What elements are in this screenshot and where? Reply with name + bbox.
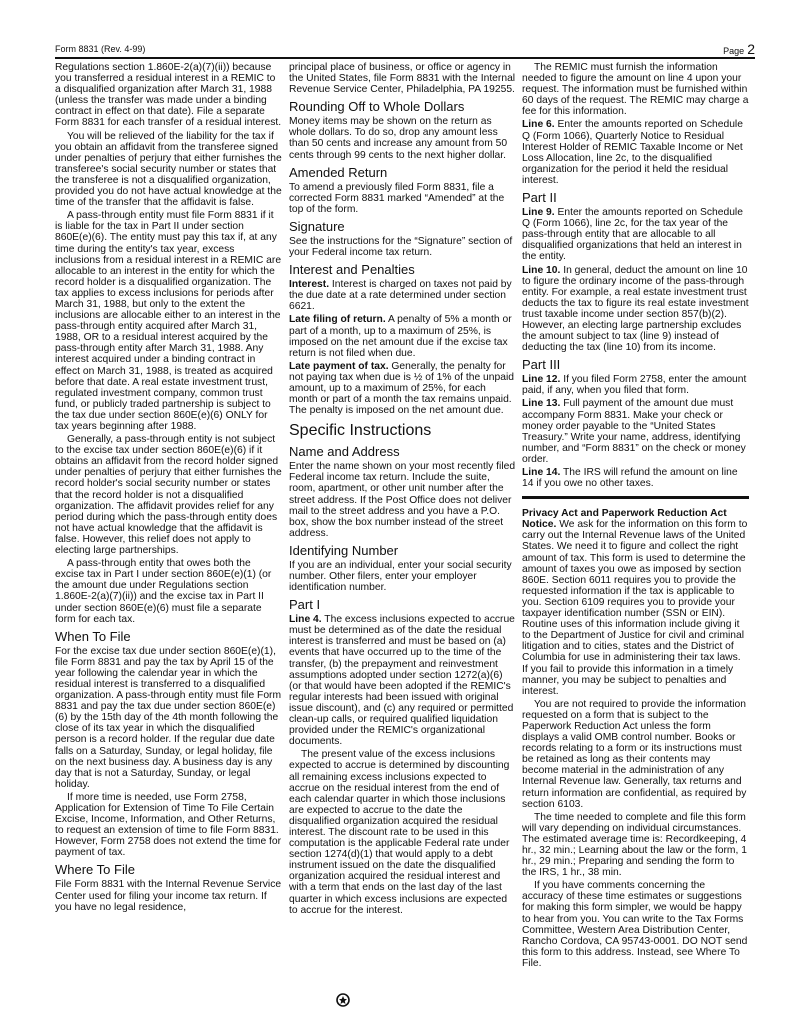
paragraph: Line 4. The excess inclusions expected t…	[289, 614, 516, 747]
paragraph: Late filing of return. A penalty of 5% a…	[289, 314, 516, 358]
paragraph: The time needed to complete and file thi…	[522, 812, 749, 879]
paragraph: Regulations section 1.860E-2(a)(7)(ii)) …	[55, 62, 282, 129]
section-heading-specific-instructions: Specific Instructions	[289, 422, 516, 440]
header-rule	[55, 57, 755, 59]
paragraph: See the instructions for the “Signature”…	[289, 236, 516, 258]
paragraph: For the excise tax due under section 860…	[55, 646, 282, 790]
section-heading-part-1: Part I	[289, 597, 516, 612]
section-heading-name-address: Name and Address	[289, 444, 516, 459]
recycle-icon	[336, 993, 350, 1007]
paragraph: A pass-through entity that owes both the…	[55, 558, 282, 625]
paragraph: If you are an individual, enter your soc…	[289, 560, 516, 593]
section-heading-part-3: Part III	[522, 357, 749, 372]
column-right: The REMIC must furnish the information n…	[522, 62, 749, 971]
paragraph: Line 10. In general, deduct the amount o…	[522, 265, 749, 354]
section-heading-where-to-file: Where To File	[55, 862, 282, 877]
run-in-heading: Line 14.	[522, 467, 560, 478]
paragraph-text: In general, deduct the amount on line 10…	[522, 265, 749, 354]
run-in-heading: Line 6.	[522, 119, 555, 130]
paragraph: File Form 8831 with the Internal Revenue…	[55, 879, 282, 912]
paragraph: Privacy Act and Paperwork Reduction Act …	[522, 508, 749, 697]
paragraph-text: Enter the amounts reported on Schedule Q…	[522, 207, 743, 262]
paragraph: Generally, a pass-through entity is not …	[55, 434, 282, 556]
run-in-heading: Line 12.	[522, 374, 560, 385]
section-heading-signature: Signature	[289, 219, 516, 234]
paragraph: The present value of the excess inclusio…	[289, 749, 516, 915]
section-heading-identifying-number: Identifying Number	[289, 543, 516, 558]
paragraph: A pass-through entity must file Form 883…	[55, 210, 282, 432]
paragraph: Line 14. The IRS will refund the amount …	[522, 467, 749, 489]
section-heading-amended-return: Amended Return	[289, 165, 516, 180]
paragraph-text: We ask for the information on this form …	[522, 519, 747, 696]
section-heading-rounding: Rounding Off to Whole Dollars	[289, 99, 516, 114]
paragraph: To amend a previously filed Form 8831, f…	[289, 182, 516, 215]
paragraph: You are not required to provide the info…	[522, 699, 749, 810]
run-in-heading: Line 13.	[522, 398, 560, 409]
run-in-heading: Late filing of return.	[289, 314, 386, 325]
section-divider	[522, 496, 749, 499]
page-indicator: Page2	[723, 41, 755, 57]
section-heading-part-2: Part II	[522, 190, 749, 205]
run-in-heading: Line 4.	[289, 614, 322, 625]
section-heading-when-to-file: When To File	[55, 629, 282, 644]
run-in-heading: Late payment of tax.	[289, 361, 389, 372]
paragraph: Line 9. Enter the amounts reported on Sc…	[522, 207, 749, 262]
run-in-heading: Interest.	[289, 279, 329, 290]
paragraph: Enter the name shown on your most recent…	[289, 461, 516, 539]
paragraph: Late payment of tax. Generally, the pena…	[289, 361, 516, 416]
run-in-heading: Line 9.	[522, 207, 555, 218]
section-heading-interest-penalties: Interest and Penalties	[289, 262, 516, 277]
paragraph: principal place of business, or office o…	[289, 62, 516, 95]
column-left: Regulations section 1.860E-2(a)(7)(ii)) …	[55, 62, 282, 915]
paragraph: Line 12. If you filed Form 2758, enter t…	[522, 374, 749, 396]
paragraph: Line 6. Enter the amounts reported on Sc…	[522, 119, 749, 186]
form-label: Form 8831 (Rev. 4-99)	[55, 44, 145, 54]
page-number: 2	[747, 41, 755, 57]
paragraph: Line 13. Full payment of the amount due …	[522, 398, 749, 465]
paragraph: Money items may be shown on the return a…	[289, 116, 516, 160]
paragraph-text: The excess inclusions expected to accrue…	[289, 614, 515, 747]
paragraph: If you have comments concerning the accu…	[522, 880, 749, 969]
paragraph-text: Enter the amounts reported on Schedule Q…	[522, 119, 743, 185]
paragraph: If more time is needed, use Form 2758, A…	[55, 792, 282, 859]
column-middle: principal place of business, or office o…	[289, 62, 516, 918]
page-label: Page	[723, 46, 744, 56]
paragraph: The REMIC must furnish the information n…	[522, 62, 749, 117]
paragraph: Interest. Interest is charged on taxes n…	[289, 279, 516, 312]
paragraph: You will be relieved of the liability fo…	[55, 131, 282, 209]
run-in-heading: Line 10.	[522, 265, 560, 276]
